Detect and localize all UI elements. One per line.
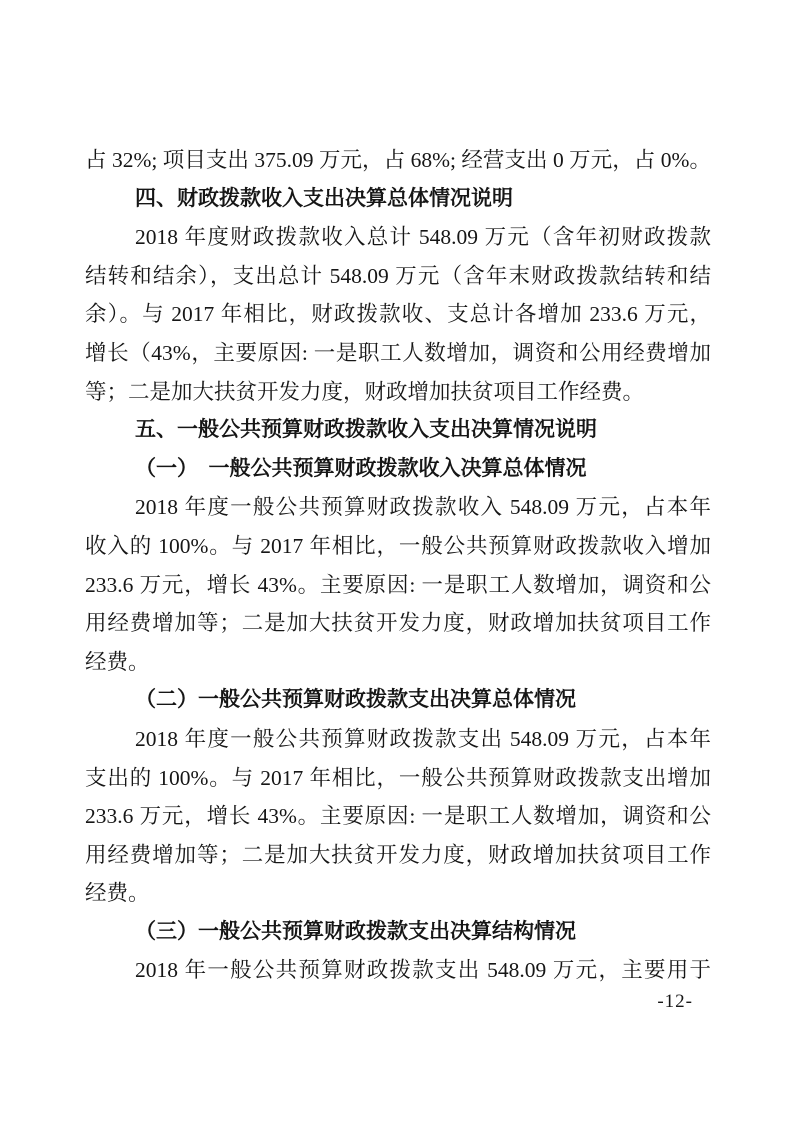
paragraph-line: 收入的 100%。与 2017 年相比，一般公共预算财政拨款收入增加 (85, 527, 711, 566)
paragraph-line: 2018 年度财政拨款收入总计 548.09 万元（含年初财政拨款 (85, 218, 711, 257)
document-page: 占 32%; 项目支出 375.09 万元，占 68%; 经营支出 0 万元，占… (0, 0, 793, 1122)
paragraph-line: 经费。 (85, 874, 711, 913)
paragraph-line: 2018 年度一般公共预算财政拨款收入 548.09 万元，占本年 (85, 488, 711, 527)
paragraph-line: 用经费增加等；二是加大扶贫开发力度，财政增加扶贫项目工作 (85, 836, 711, 875)
heading-subsection-3: （三）一般公共预算财政拨款支出决算结构情况 (85, 913, 711, 952)
paragraph-line: 结转和结余），支出总计 548.09 万元（含年末财政拨款结转和结 (85, 257, 711, 296)
paragraph-line: 2018 年一般公共预算财政拨款支出 548.09 万元，主要用于 (85, 951, 711, 990)
paragraph-line: 等；二是加大扶贫开发力度，财政增加扶贫项目工作经费。 (85, 373, 711, 412)
paragraph-line: 233.6 万元，增长 43%。主要原因: 一是职工人数增加，调资和公 (85, 797, 711, 836)
paragraph-line: 占 32%; 项目支出 375.09 万元，占 68%; 经营支出 0 万元，占… (85, 141, 711, 180)
paragraph-line: 增长（43%，主要原因: 一是职工人数增加，调资和公用经费增加 (85, 334, 711, 373)
heading-subsection-2: （二）一般公共预算财政拨款支出决算总体情况 (85, 681, 711, 720)
paragraph-line: 支出的 100%。与 2017 年相比，一般公共预算财政拨款支出增加 (85, 759, 711, 798)
heading-section-4: 四、财政拨款收入支出决算总体情况说明 (85, 180, 711, 219)
paragraph-line: 经费。 (85, 643, 711, 682)
heading-subsection-1: （一） 一般公共预算财政拨款收入决算总体情况 (85, 450, 711, 489)
document-body: 占 32%; 项目支出 375.09 万元，占 68%; 经营支出 0 万元，占… (85, 141, 711, 990)
paragraph-line: 余）。与 2017 年相比，财政拨款收、支总计各增加 233.6 万元， (85, 295, 711, 334)
paragraph-line: 用经费增加等；二是加大扶贫开发力度，财政增加扶贫项目工作 (85, 604, 711, 643)
page-number: -12- (657, 992, 693, 1012)
paragraph-line: 233.6 万元，增长 43%。主要原因: 一是职工人数增加，调资和公 (85, 566, 711, 605)
heading-section-5: 五、一般公共预算财政拨款收入支出决算情况说明 (85, 411, 711, 450)
paragraph-line: 2018 年度一般公共预算财政拨款支出 548.09 万元，占本年 (85, 720, 711, 759)
